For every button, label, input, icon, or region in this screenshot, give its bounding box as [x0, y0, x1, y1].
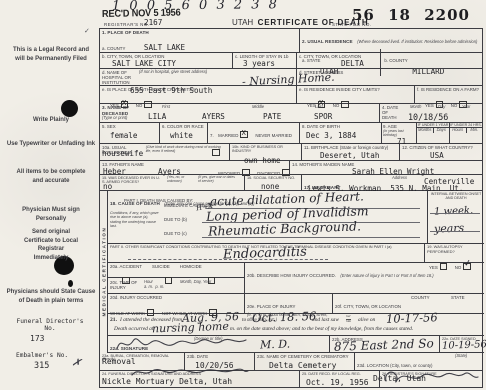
married-label: MARRIED: [218, 133, 238, 138]
margin-note-typewriter: Use Typewriter or Unfading Ink: [6, 140, 96, 149]
injury-mdy-header: Month, Day, Year: [180, 280, 211, 285]
ssn-label: 16. SOCIAL SECURITY NO.: [247, 176, 299, 180]
row-place-residence: 1. PLACE OF DEATH a. COUNTY SALT LAKE 2.…: [100, 29, 482, 53]
date-received-label: 25. DATE RECD. BY LOCAL REG.: [302, 372, 377, 376]
embalmer-no-value: 315: [34, 361, 49, 371]
never-married-label: NEVER MARRIED: [255, 133, 292, 138]
date-of-death-label: 4. DATE OF DEATH: [382, 105, 402, 120]
cemetery-value: Delta Cemetery: [269, 361, 352, 370]
hospital-label: d. NAME OF HOSPITAL OR INSTITUTION: [102, 70, 136, 85]
margin-note-send-original: Send original Certificate to Local Regis…: [20, 228, 82, 263]
name-part-4: SPOR: [314, 112, 332, 121]
months-header: Months: [417, 128, 434, 133]
last-name-header: Last: [315, 105, 323, 110]
business-label: 10b. KIND OF BUSINESS OR INDUSTRY: [232, 145, 299, 154]
dob-label: 8. DATE OF BIRTH: [302, 124, 379, 129]
citizen-value: USA: [430, 151, 480, 160]
injury-city-label: 20f. CITY, TOWN, OR LOCATION: [335, 304, 401, 309]
row-part2-autopsy: PART II. OTHER SIGNIFICANT CONDITIONS CO…: [108, 244, 484, 263]
row-city-limits: e. IS PLACE OF DEATH INSIDE CITY LIMITS?…: [100, 86, 482, 104]
describe-injury-label: 20b. DESCRIBE HOW INJURY OCCURRED.: [247, 273, 336, 278]
registrar-no-value: 2167: [144, 18, 162, 27]
age-note: (In years last birthday): [383, 129, 415, 137]
usual-residence-note: (Where deceased lived. If institution: R…: [357, 39, 477, 44]
alive-on-handwritten: 10-17-56: [386, 310, 438, 326]
funeral-director-no-label: Funeral Director's No.: [12, 318, 88, 332]
name-part-2: AYERS: [202, 112, 225, 121]
due-to-b-label: DUE TO (b): [164, 217, 187, 222]
due-to-c-label: DUE TO (c): [164, 231, 187, 236]
father-name-label: 13. FATHER'S NAME: [102, 162, 287, 167]
state-file-no-stamp: 56 18 2200: [352, 6, 470, 24]
dod-year-header: Year: [462, 105, 470, 110]
days-header: Days: [434, 128, 450, 133]
row-registration: 24. FUNERAL DIRECTOR'S SIGNATURE AND ADD…: [100, 371, 482, 388]
row-personal: 5. SEX female 6. COLOR OR RACE white 7. …: [100, 123, 482, 144]
sex-value: female: [110, 131, 157, 140]
name-note: (Type or print): [102, 116, 142, 121]
informant-address-header: Address: [392, 176, 407, 181]
margin-note-legal-record: This is a Legal Record and will be Perma…: [10, 46, 92, 63]
middle-name-header: Middle: [252, 105, 264, 110]
physician-signature: [114, 332, 254, 354]
conditions-note: Conditions, if any, which gave rise to a…: [110, 211, 160, 228]
interval-label: INTERVAL BETWEEN ONSET AND DEATH: [430, 192, 482, 201]
death-certificate-scan: 1 0 0 5 6 0 3 2 3 8 REC'D NOV 5 1956 REG…: [0, 0, 486, 390]
time-of-injury-label: 20c. TIME OF INJURY: [110, 280, 140, 290]
suicide-label: SUICIDE: [152, 264, 170, 269]
marital-item-no: 7.: [210, 133, 214, 138]
margin-note-write-plainly: Write Plainly: [10, 116, 92, 125]
place-limits-label: e. IS PLACE OF DEATH INSIDE CITY LIMITS?: [102, 87, 294, 92]
injury-occurred-label: 20d. INJURY OCCURRED: [110, 295, 242, 300]
race-value: white: [170, 131, 205, 140]
farm-label: f. IS RESIDENCE ON A FARM?: [417, 87, 480, 92]
name-part-3: PATE: [263, 112, 281, 121]
dob-value: Dec 3, 1884: [306, 131, 379, 140]
place-city-value: SALT LAKE CITY: [112, 59, 230, 68]
length-of-stay-value: 3 years: [243, 59, 294, 68]
armed-forces-note2: (If yes, give war or dates of service): [198, 176, 238, 185]
date-of-death-value: 10/18/56: [408, 112, 448, 122]
birthplace-label: 11. BIRTHPLACE (State or foreign country…: [304, 145, 397, 150]
row-hospital: d. NAME OF HOSPITAL OR INSTITUTION (If n…: [100, 69, 482, 86]
date-signed-handwritten: 10-19-56: [442, 339, 486, 352]
margin-note-plain-terms: Physicians should State Cause of Death i…: [6, 288, 96, 305]
burial-date-label: 23b. DATE: [187, 354, 252, 359]
first-name-header: First: [162, 105, 170, 110]
pronoun-her-him: herhim: [346, 315, 351, 323]
injury-state-label: STATE: [451, 295, 465, 300]
sex-label: 5. SEX: [102, 124, 157, 129]
describe-injury-note: (Enter nature of injury in Part I or Par…: [340, 273, 433, 278]
cemetery-label: 23c. NAME OF CEMETERY OR CREMATORY: [257, 354, 352, 359]
injury-county-label: COUNTY: [411, 295, 430, 300]
row-parents: 13. FATHER'S NAME Heber Ayers 14. MOTHER…: [100, 161, 482, 175]
attended-text-3: alive on: [358, 317, 375, 323]
usual-residence-label: 2. USUAL RESIDENCE: [302, 39, 353, 44]
race-label: 6. COLOR OR RACE: [162, 124, 205, 129]
embalmer-x-mark: ✗: [71, 355, 83, 370]
occupation-value: housewife: [102, 149, 143, 158]
married-checkbox: X: [240, 131, 248, 139]
interval-a-handwritten: 1 week.: [434, 205, 474, 217]
medical-certification-vertical-label: MEDICAL CERTIFICATION: [100, 191, 108, 353]
place-of-death-label: 1. PLACE OF DEATH: [102, 30, 297, 36]
registrar-no-label: REGISTRAR'S NO.: [104, 22, 149, 27]
signature-md: M. D.: [260, 337, 291, 351]
death-occurred-text-2: m. on the date stated above; and to the …: [230, 326, 413, 332]
homicide-label: HOMICIDE: [180, 264, 202, 269]
hospital-note: (If not in hospital, give street address…: [139, 70, 207, 85]
hole-punch-top: [61, 100, 78, 117]
date-received-value: Oct. 19, 1956: [306, 378, 377, 387]
ink-blot: [68, 280, 73, 287]
margin-check-mark: ✓: [84, 27, 90, 35]
residence-limits-label: e. IS RESIDENCE INSIDE CITY LIMITS?: [299, 87, 412, 92]
accident-label: 20a. ACCIDENT: [110, 264, 142, 269]
autopsy-label: 19. WAS AUTOPSY PERFORMED?: [427, 245, 482, 254]
attended-to-handwritten: Oct. 18. 56: [252, 309, 317, 325]
hours-header: Hours: [450, 128, 467, 133]
armed-forces-note1: (Yes, no, or unknown): [167, 176, 195, 185]
embalmer-no-label: Embalmer's No.: [16, 352, 68, 359]
place-county-value: SALT LAKE: [144, 43, 185, 52]
row-occupation: 10a. USUAL OCCUPATION (Give kind of work…: [100, 144, 482, 161]
funeral-director-no-value: 173: [30, 334, 44, 343]
funeral-director-signature: [130, 365, 250, 379]
row-informant: 15. WAS DECEASED EVER IN U. S. ARMED FOR…: [100, 175, 482, 191]
row-signature: 22a. SIGNATURE (Degree or title) M. D. 2…: [108, 336, 484, 353]
name-part-1: LILA: [148, 112, 166, 121]
address-handwritten: 875 East 2nd So: [334, 336, 434, 353]
registrar-signature: [382, 365, 480, 387]
residence-city-value: DELTA: [341, 59, 480, 68]
row-cause-of-death: 18. CAUSE OF DEATH (Enter only one cause…: [108, 191, 484, 244]
birthplace-value: Deseret, Utah: [320, 151, 397, 160]
row-accident: 20a. ACCIDENT SUICIDE HOMICIDE 20c. TIME…: [108, 263, 484, 294]
min-header: Min.: [467, 128, 483, 133]
interval-b-handwritten: years: [434, 221, 465, 235]
received-date-stamp: REC'D NOV 5 1956: [102, 8, 181, 20]
margin-note-physician-sign: Physician Must sign Personally: [16, 206, 86, 223]
item-21-number: 21.: [110, 317, 117, 323]
occupation-note: (Give kind of work done during most of w…: [146, 145, 227, 155]
citizen-label: 12. CITIZEN OF WHAT COUNTRY?: [402, 145, 480, 150]
state-name: UTAH: [232, 18, 253, 27]
dod-day-header: Day: [438, 105, 445, 110]
margin-note-complete: All items to be complete and accurate: [14, 168, 88, 185]
ssn-value: none: [261, 182, 299, 191]
location-state-note: (State): [455, 354, 467, 359]
county-label: a. COUNTY: [102, 46, 125, 51]
attended-text-2: and last saw: [312, 317, 339, 323]
row-city: b. CITY, TOWN, OR LOCATION SALT LAKE CIT…: [100, 53, 482, 69]
attended-to-word: to: [242, 317, 246, 323]
armed-forces-value: no: [103, 182, 112, 191]
place-of-injury-label: 20e. PLACE OF INJURY: [247, 304, 295, 309]
injury-ampm-header: a. m. p. m.: [144, 285, 164, 290]
dod-month-header: Month: [410, 105, 421, 110]
certificate-form: MEDICAL CERTIFICATION 1. PLACE OF DEATH …: [99, 28, 483, 388]
row-name: 3. NAME OF DECEASED (Type or print) Firs…: [100, 104, 482, 123]
